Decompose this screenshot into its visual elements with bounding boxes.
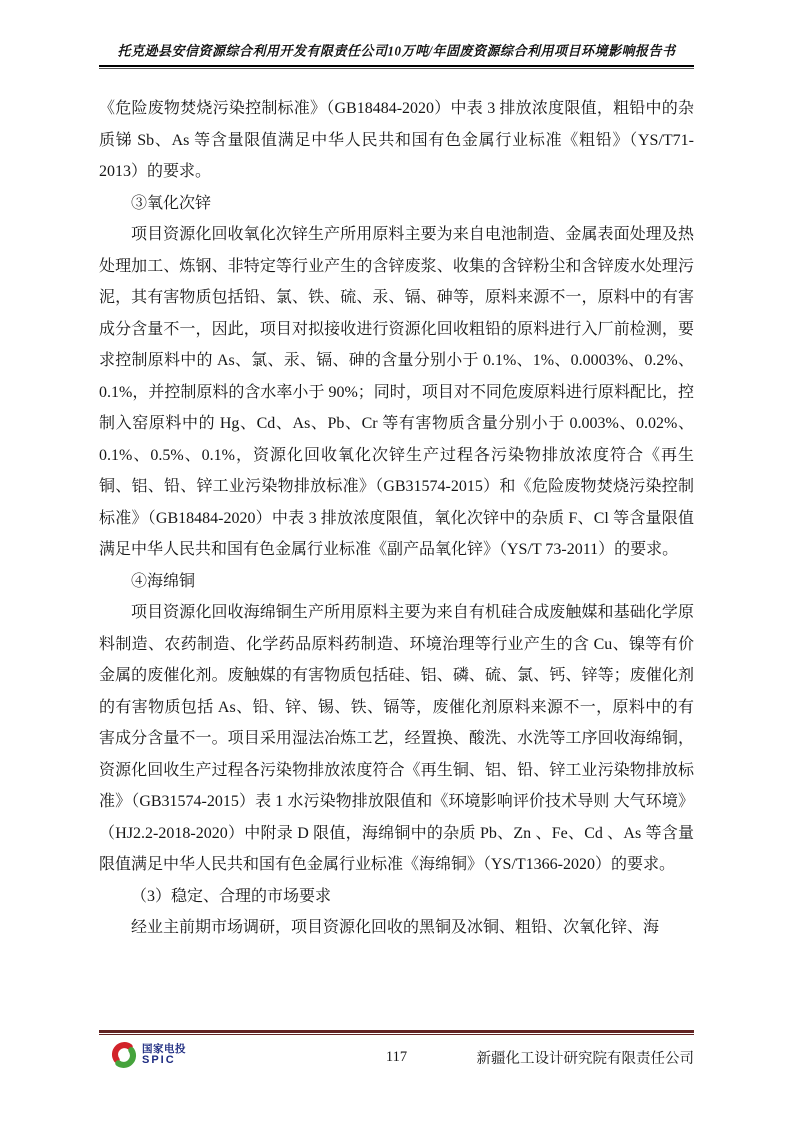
document-page: 托克逊县安信资源综合利用开发有限责任公司10万吨/年固废资源综合利用项目环境影响…	[0, 0, 793, 1122]
paragraph: （3）稳定、合理的市场要求	[99, 881, 694, 913]
header-title: 托克逊县安信资源综合利用开发有限责任公司10万吨/年固废资源综合利用项目环境影响…	[99, 40, 694, 60]
paragraph: ④海绵铜	[99, 566, 694, 598]
footer-rule	[99, 1030, 694, 1035]
paragraph: 项目资源化回收海绵铜生产所用原料主要为来自有机硅合成废触媒和基础化学原料制造、农…	[99, 597, 694, 881]
paragraph: 项目资源化回收氧化次锌生产所用原料主要为来自电池制造、金属表面处理及热处理加工、…	[99, 219, 694, 566]
paragraph: ③氧化次锌	[99, 188, 694, 220]
page-header: 托克逊县安信资源综合利用开发有限责任公司10万吨/年固废资源综合利用项目环境影响…	[99, 40, 694, 69]
page-footer: 国家电投 SPIC 117 新疆化工设计研究院有限责任公司	[99, 1030, 694, 1075]
footer-row: 国家电投 SPIC 117 新疆化工设计研究院有限责任公司	[99, 1039, 694, 1075]
paragraph: 《危险废物焚烧污染控制标准》（GB18484-2020）中表 3 排放浓度限值，…	[99, 93, 694, 188]
paragraph: 经业主前期市场调研，项目资源化回收的黑铜及冰铜、粗铅、次氧化锌、海	[99, 912, 694, 944]
footer-company: 新疆化工设计研究院有限责任公司	[477, 1047, 695, 1068]
document-body: 《危险废物焚烧污染控制标准》（GB18484-2020）中表 3 排放浓度限值，…	[99, 93, 694, 944]
header-rule	[99, 65, 694, 69]
